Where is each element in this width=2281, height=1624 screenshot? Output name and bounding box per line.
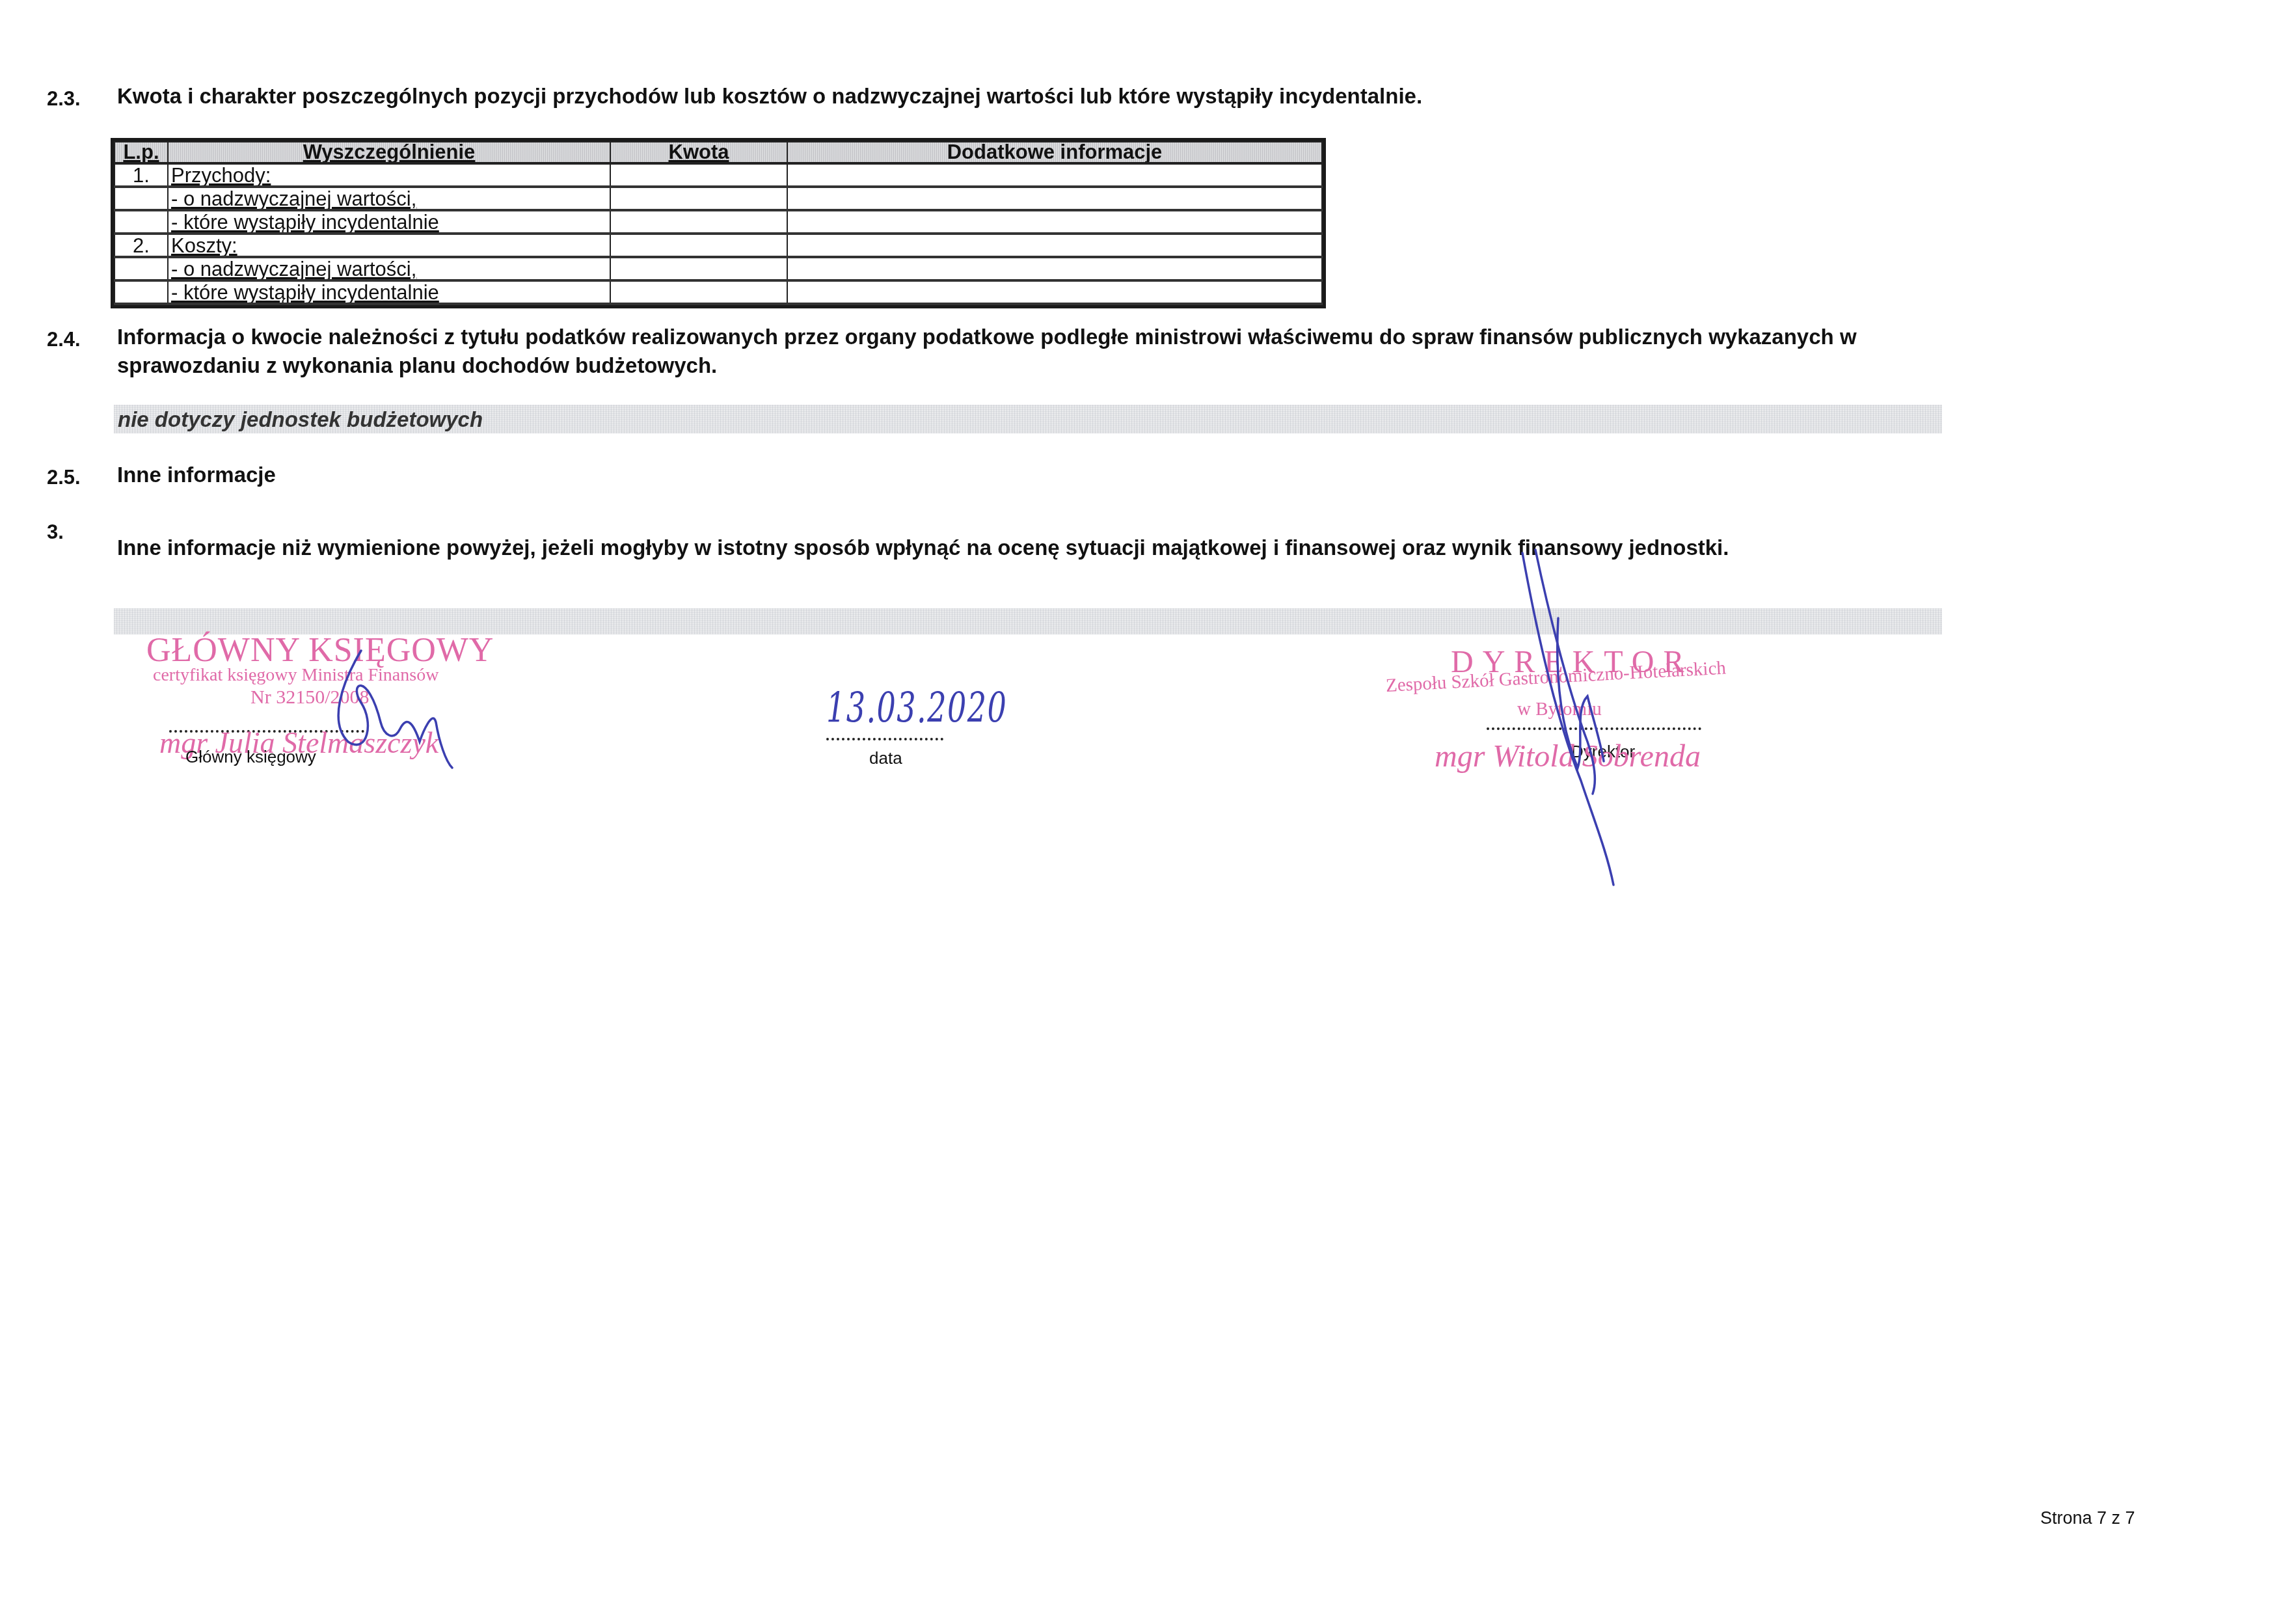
row-additional-info [787, 163, 1322, 187]
section-2-4-heading-line1: Informacja o kwocie należności z tytułu … [117, 323, 1857, 351]
row-additional-info [787, 234, 1322, 257]
row-description: - które wystąpiły incydentalnie [168, 210, 610, 234]
row-description: - o nadzwyczajnej wartości, [168, 257, 610, 280]
accountant-signature-block: GŁÓWNY KSIĘGOWY certyfikat księgowy Mini… [146, 631, 511, 768]
section-2-4-heading-line2: sprawozdaniu z wykonania planu dochodów … [117, 351, 717, 380]
date-label: data [869, 748, 902, 768]
row-amount [610, 280, 787, 304]
row-lp [115, 187, 168, 210]
row-lp [115, 280, 168, 304]
table-row: 2.Koszty: [115, 234, 1322, 257]
section-2-4-number: 2.4. [47, 328, 81, 351]
section-2-5-number: 2.5. [47, 466, 81, 489]
header-description: Wyszczególnienie [168, 142, 610, 163]
row-amount [610, 163, 787, 187]
table-row: 1.Przychody: [115, 163, 1322, 187]
handwritten-date: 13.03.2020 [826, 684, 1007, 733]
row-lp [115, 210, 168, 234]
row-lp [115, 257, 168, 280]
header-lp: L.p. [115, 142, 168, 163]
table-row: - które wystąpiły incydentalnie [115, 280, 1322, 304]
row-amount [610, 210, 787, 234]
section-3-answer-field [114, 608, 1942, 634]
director-handwritten-signature [1496, 547, 1640, 898]
row-additional-info [787, 210, 1322, 234]
row-description: - o nadzwyczajnej wartości, [168, 187, 610, 210]
page-indicator: Strona 7 z 7 [2040, 1508, 2135, 1528]
table-row: - o nadzwyczajnej wartości, [115, 187, 1322, 210]
row-amount [610, 187, 787, 210]
accountant-handwritten-signature [322, 644, 478, 774]
row-lp: 2. [115, 234, 168, 257]
header-additional-info: Dodatkowe informacje [787, 142, 1322, 163]
extraordinary-items-table: L.p. Wyszczególnienie Kwota Dodatkowe in… [111, 138, 1326, 308]
row-lp: 1. [115, 163, 168, 187]
table-row: - o nadzwyczajnej wartości, [115, 257, 1322, 280]
row-additional-info [787, 280, 1322, 304]
section-2-4-answer: nie dotyczy jednostek budżetowych [118, 407, 483, 432]
table-header-row: L.p. Wyszczególnienie Kwota Dodatkowe in… [115, 142, 1322, 163]
row-additional-info [787, 257, 1322, 280]
section-3-heading: Inne informacje niż wymienione powyżej, … [117, 534, 1729, 562]
row-description: Przychody: [168, 163, 610, 187]
section-2-3-heading: Kwota i charakter poszczególnych pozycji… [117, 82, 1422, 111]
row-description: - które wystąpiły incydentalnie [168, 280, 610, 304]
row-additional-info [787, 187, 1322, 210]
row-amount [610, 257, 787, 280]
section-3-number: 3. [47, 521, 64, 544]
header-amount: Kwota [610, 142, 787, 163]
date-block: 13.03.2020 data [826, 683, 995, 774]
date-line [826, 738, 943, 740]
section-2-5-heading: Inne informacje [117, 461, 276, 489]
table-row: - które wystąpiły incydentalnie [115, 210, 1322, 234]
section-2-4-answer-field: nie dotyczy jednostek budżetowych [114, 405, 1942, 433]
section-2-3-number: 2.3. [47, 87, 81, 111]
row-description: Koszty: [168, 234, 610, 257]
row-amount [610, 234, 787, 257]
accountant-label: Główny księgowy [185, 747, 316, 767]
